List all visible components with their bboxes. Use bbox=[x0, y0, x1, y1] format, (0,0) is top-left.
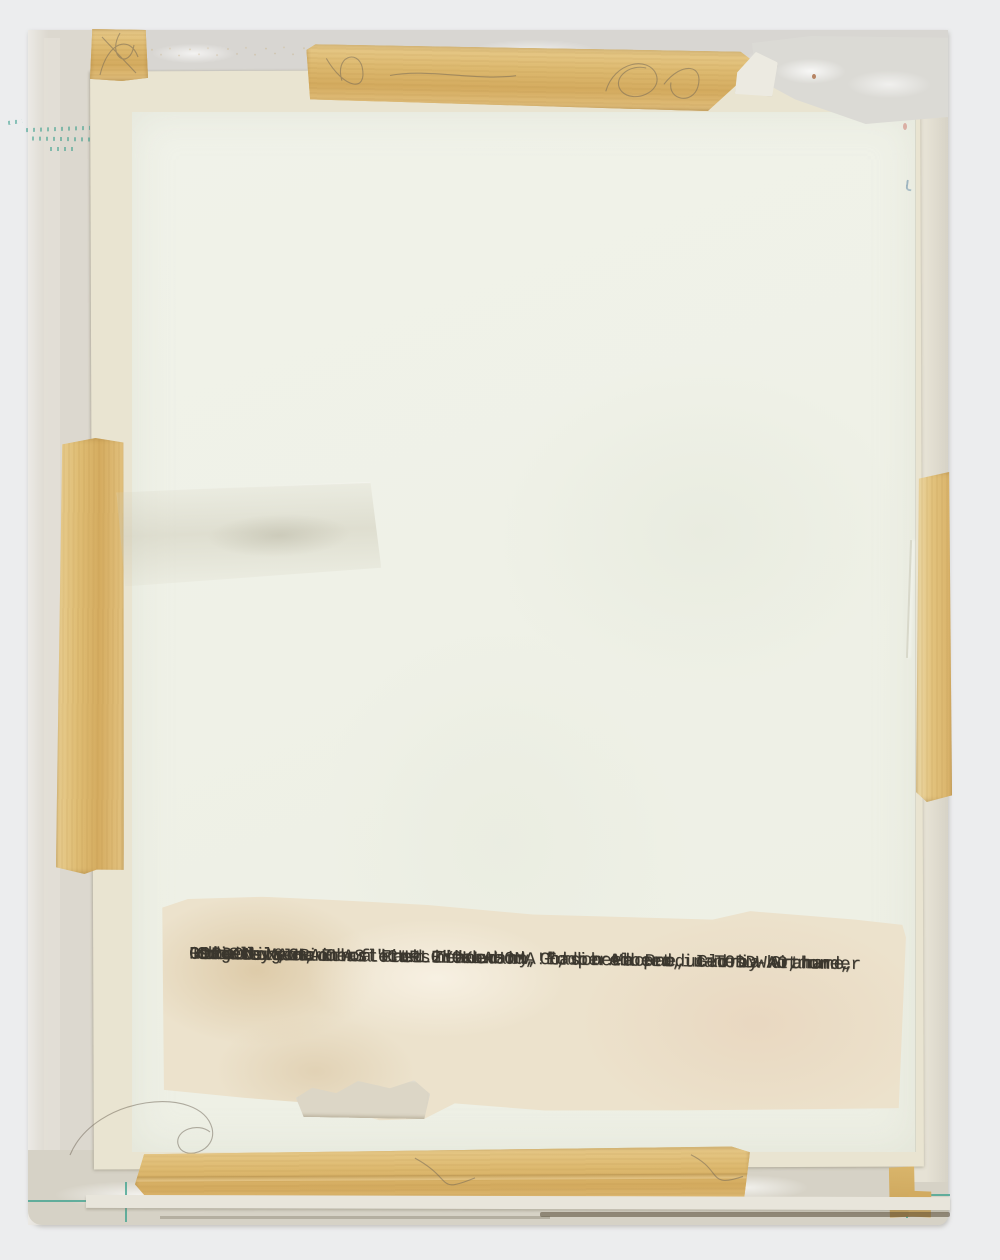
caption-last-line-end: od Steiger. bbox=[197, 945, 313, 968]
pink-speck bbox=[903, 123, 907, 130]
scanned-photo-back: GORDON MACRAE AS "CURLEY" Rodgers & Hamm… bbox=[0, 0, 1000, 1260]
tape-shadow-blob bbox=[206, 511, 352, 559]
under-sheet-edge bbox=[44, 38, 60, 1218]
caption-label: GORDON MACRAE AS "CURLEY" Rodgers & Hamm… bbox=[154, 894, 907, 1131]
paper-stain bbox=[574, 911, 937, 1137]
tape-fibers bbox=[916, 472, 952, 802]
adhesive-residue bbox=[146, 41, 308, 63]
pencil-scribble bbox=[90, 29, 148, 81]
teal-stamp-marks bbox=[50, 147, 76, 151]
board-dark-edge bbox=[160, 1216, 550, 1219]
sheet-bottom-edge bbox=[86, 1195, 950, 1210]
masking-tape-top-left bbox=[90, 29, 148, 81]
board-dark-edge bbox=[540, 1212, 950, 1217]
tape-fibers bbox=[56, 438, 126, 874]
teal-stamp-marks bbox=[8, 119, 22, 125]
masking-tape-left bbox=[56, 438, 126, 874]
masking-tape-right bbox=[916, 472, 952, 802]
rust-spot bbox=[812, 74, 816, 79]
